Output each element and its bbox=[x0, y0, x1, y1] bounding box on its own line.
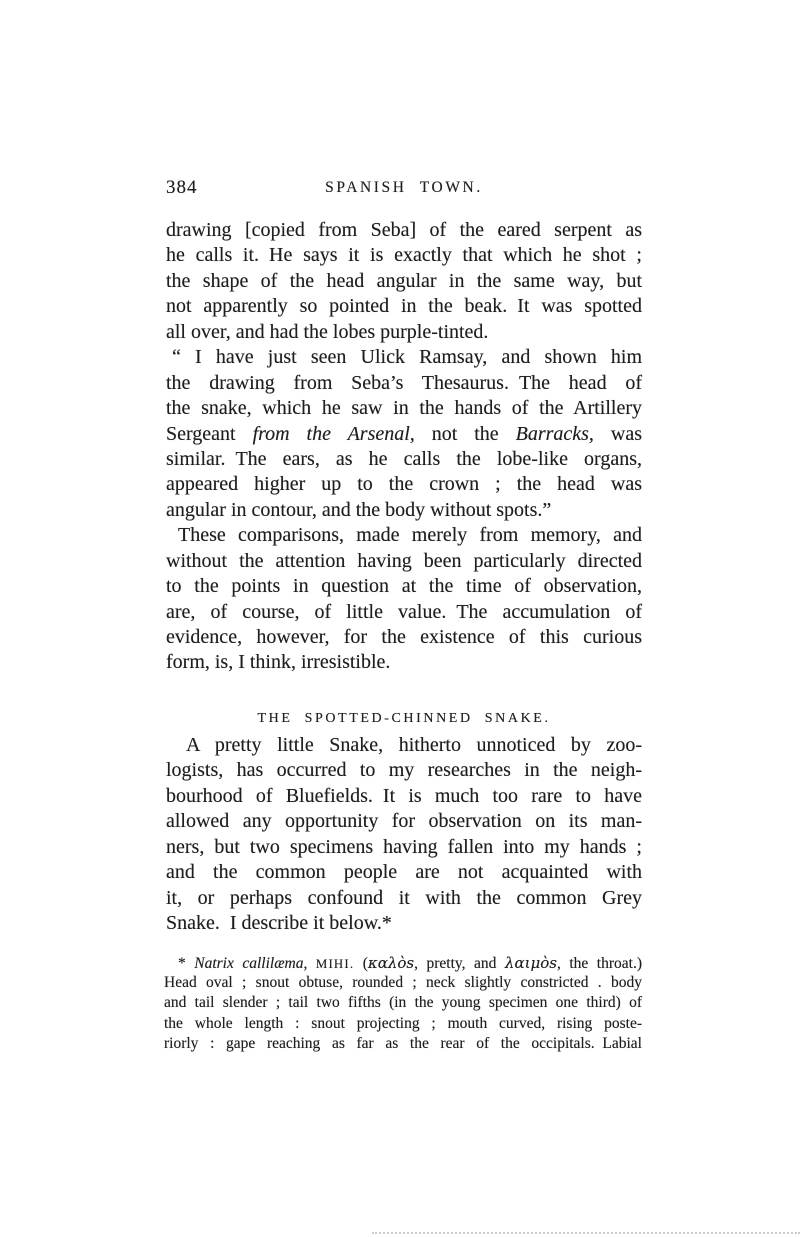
text-line: similar. The ears, as he calls the lobe-… bbox=[166, 447, 642, 472]
text-line: the shape of the head angular in the sam… bbox=[166, 269, 642, 294]
text-line: angular in contour, and the body without… bbox=[166, 498, 642, 523]
text-line: without the attention having been partic… bbox=[166, 549, 642, 574]
footnote-line: and tail slender ; tail two fifths (in t… bbox=[164, 993, 642, 1013]
text-segment: , bbox=[304, 955, 316, 972]
footnote-block: * Natrix callilæma, MIHI. (καλὸs, pretty… bbox=[164, 953, 642, 1054]
text-line: to the points in question at the time of… bbox=[166, 574, 642, 599]
page-number: 384 bbox=[166, 177, 198, 199]
text-line: not apparently so pointed in the beak. I… bbox=[166, 294, 642, 319]
text-line: the drawing from Seba’s Thesaurus. The h… bbox=[166, 371, 642, 396]
footnote-line: riorly : gape reaching as far as the rea… bbox=[164, 1034, 642, 1054]
scan-edge-artifact bbox=[372, 1232, 800, 1234]
page-header: 384 SPANISH TOWN. bbox=[166, 177, 642, 199]
paragraph: A pretty little Snake, hitherto unnotice… bbox=[166, 733, 642, 937]
text-line: ners, but two specimens having fallen in… bbox=[166, 835, 642, 860]
text-line: logists, has occurred to my researches i… bbox=[166, 758, 642, 783]
mihi-smallcaps: MIHI. bbox=[316, 957, 354, 971]
text-line: drawing [copied from Seba] of the eared … bbox=[166, 218, 642, 243]
text-line: he calls it. He says it is exactly that … bbox=[166, 243, 642, 268]
footnote-marker: * bbox=[178, 955, 194, 972]
text-line: evidence, however, for the existence of … bbox=[166, 625, 642, 650]
text-line: form, is, I think, irresistible. bbox=[166, 650, 642, 675]
text-line: These comparisons, made merely from memo… bbox=[166, 523, 642, 548]
text-line: Snake. I describe it below.* bbox=[166, 911, 642, 936]
book-page: 384 SPANISH TOWN. drawing [copied from S… bbox=[0, 0, 800, 1237]
text-segment: was bbox=[594, 423, 642, 445]
species-name-italic: Natrix callilæma bbox=[194, 955, 303, 972]
text-line: “ I have just seen Ulick Ramsay, and sho… bbox=[166, 345, 642, 370]
text-line: bourhood of Bluefields. It is much too r… bbox=[166, 784, 642, 809]
text-segment: not the bbox=[415, 423, 516, 445]
text-line: the snake, which he saw in the hands of … bbox=[166, 396, 642, 421]
text-line: A pretty little Snake, hitherto unnotice… bbox=[166, 733, 642, 758]
text-line: and the common people are not acquainted… bbox=[166, 860, 642, 885]
text-line: it, or perhaps confound it with the comm… bbox=[166, 886, 642, 911]
italic-phrase: Barracks, bbox=[516, 423, 594, 445]
text-segment: ( bbox=[354, 955, 368, 972]
text-line: all over, and had the lobes purple-tinte… bbox=[166, 320, 642, 345]
greek-word-kalos: καλὸs bbox=[368, 954, 414, 972]
footnote-line: the whole length : snout projecting ; mo… bbox=[164, 1014, 642, 1034]
footnote-line: Head oval ; snout obtuse, rounded ; neck… bbox=[164, 973, 642, 993]
text-line: allowed any opportunity for observation … bbox=[166, 809, 642, 834]
text-segment: , the throat.) bbox=[557, 955, 642, 972]
italic-phrase: from the Arsenal, bbox=[253, 423, 415, 445]
section-heading: THE SPOTTED-CHINNED SNAKE. bbox=[166, 705, 642, 732]
text-line: appeared higher up to the crown ; the he… bbox=[166, 472, 642, 497]
text-segment: , pretty, and bbox=[414, 955, 505, 972]
text-segment: Sergeant bbox=[166, 423, 253, 445]
footnote-line: * Natrix callilæma, MIHI. (καλὸs, pretty… bbox=[164, 953, 642, 973]
main-text-block: drawing [copied from Seba] of the eared … bbox=[166, 218, 642, 936]
running-title: SPANISH TOWN. bbox=[166, 177, 642, 197]
greek-word-laimos: λαιμὸs bbox=[505, 954, 557, 972]
text-line: are, of course, of little value. The acc… bbox=[166, 600, 642, 625]
text-line: Sergeant from the Arsenal, not the Barra… bbox=[166, 422, 642, 447]
